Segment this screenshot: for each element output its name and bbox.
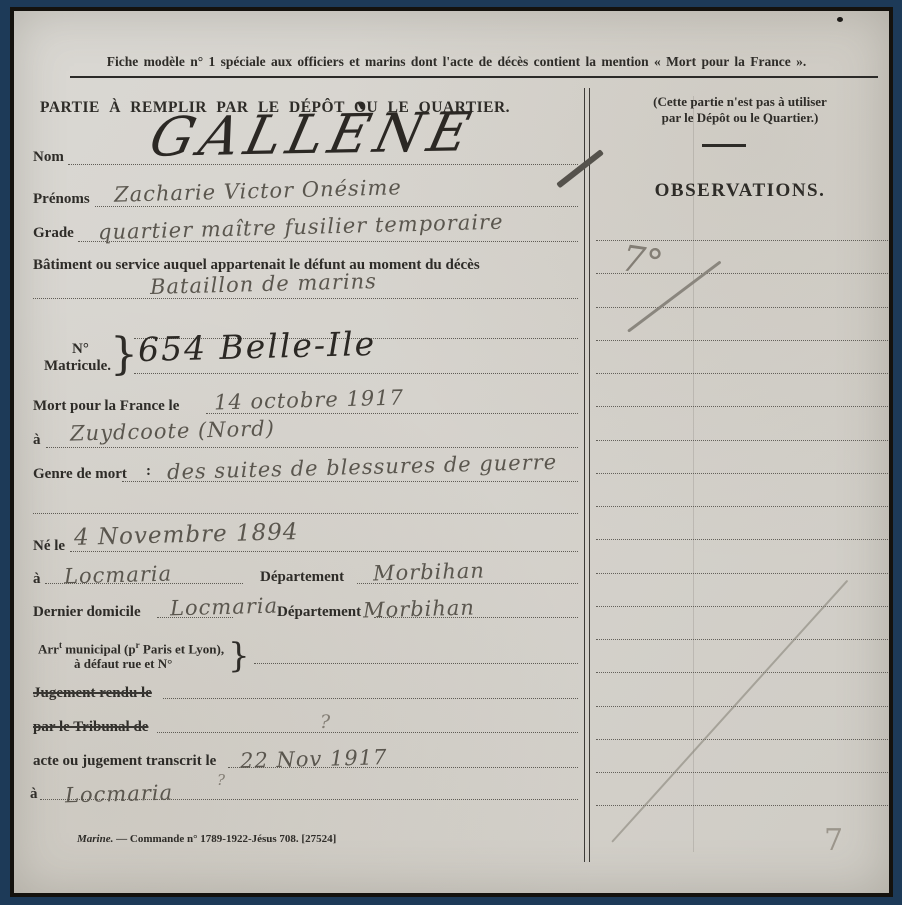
dotted-line: [596, 573, 888, 574]
mort-label: Mort pour la France le: [33, 398, 179, 415]
genre-mort-label: Genre de mort: [33, 466, 127, 483]
right-notice-rule: [702, 144, 746, 147]
domicile-dept-value: Morbihan: [363, 596, 476, 623]
transcrit-lieu-value: Locmaria: [65, 781, 174, 808]
dotted-line: [596, 373, 888, 374]
ne-le-label: Né le: [33, 538, 65, 555]
transcrit-label: acte ou jugement transcrit le: [33, 753, 216, 770]
right-notice-line1: (Cette partie n'est pas à utiliser: [592, 95, 888, 109]
dotted-line: [596, 772, 888, 773]
page-number-pencil: 7: [824, 823, 843, 858]
dotted-line: [254, 663, 578, 664]
dotted-line: [596, 739, 888, 740]
dotted-line: [596, 539, 888, 540]
dotted-line: [163, 698, 578, 699]
form-header-notice: Fiche modèle n° 1 spéciale aux officiers…: [34, 55, 879, 70]
imprint-name: Marine.: [77, 833, 113, 845]
dotted-line: [33, 298, 578, 299]
dotted-line: [134, 373, 578, 374]
ne-dept-label: Département: [260, 569, 344, 586]
domicile-value: Locmaria: [170, 594, 279, 621]
dotted-line: [596, 506, 888, 507]
dotted-line: [596, 672, 888, 673]
pencil-slash-long: [611, 580, 848, 843]
domicile-dept-label: Département: [277, 604, 361, 621]
batiment-label: Bâtiment ou service auquel appartenait l…: [33, 257, 480, 274]
dotted-line: [596, 307, 888, 308]
dotted-line: [596, 473, 888, 474]
dotted-line: [33, 513, 578, 514]
prenoms-label: Prénoms: [33, 191, 90, 208]
mort-lieu-value: Zuydcoote (Nord): [70, 416, 275, 445]
arr-brace: }: [228, 636, 250, 676]
column-divider: [584, 88, 590, 862]
genre-mort-colon: :: [146, 463, 151, 480]
right-notice-line2: par le Dépôt ou le Quartier.): [592, 111, 888, 125]
dotted-line: [46, 447, 578, 448]
dotted-line: [596, 440, 888, 441]
dotted-line: [70, 551, 578, 552]
matricule-label-line2: Matricule.: [44, 358, 111, 375]
grade-value: quartier maître fusilier temporaire: [98, 210, 504, 245]
nom-label: Nom: [33, 149, 64, 166]
record-card: Fiche modèle n° 1 spéciale aux officiers…: [10, 7, 893, 897]
dotted-line: [157, 732, 578, 733]
jugement-label: Jugement rendu le: [33, 685, 152, 702]
ne-lieu-label: à: [33, 571, 41, 588]
scanned-record-page: Fiche modèle n° 1 spéciale aux officiers…: [0, 0, 902, 905]
ne-dept-value: Morbihan: [373, 559, 486, 586]
dotted-line: [596, 639, 888, 640]
header-underline: [70, 76, 878, 78]
ne-le-value: 4 Novembre 1894: [74, 519, 299, 551]
dotted-line: [95, 206, 578, 207]
mort-lieu-label: à: [33, 432, 41, 449]
dotted-line: [596, 805, 888, 806]
arr-municipal-label-line2: à défaut rue et N°: [74, 657, 172, 671]
tribunal-label: par le Tribunal de: [33, 719, 148, 736]
matricule-label-line1: N°: [72, 341, 89, 358]
dotted-line: [596, 706, 888, 707]
domicile-label: Dernier domicile: [33, 604, 141, 621]
dotted-line: [596, 606, 888, 607]
transcrit-lieu-label: à: [30, 786, 38, 803]
dotted-line: [596, 340, 888, 341]
transcrit-value: 22 Nov 1917: [240, 745, 388, 773]
ne-lieu-value: Locmaria: [64, 562, 173, 589]
transcrit-pencil-mark: ?: [217, 771, 225, 789]
batiment-value: Bataillon de marins: [150, 269, 378, 299]
matricule-value: 654 Belle-Ile: [138, 324, 377, 369]
dotted-line: [596, 406, 888, 407]
imprint-rest: — Commande n° 1789-1922-Jésus 708. [2752…: [116, 833, 336, 845]
prenoms-value: Zacharie Victor Onésime: [114, 175, 402, 207]
printer-imprint: Marine. — Commande n° 1789-1922-Jésus 70…: [77, 833, 336, 845]
genre-mort-value: des suites de blessures de guerre: [167, 450, 558, 484]
tribunal-pencil-mark: ?: [320, 711, 330, 733]
mort-date-value: 14 octobre 1917: [214, 386, 404, 415]
ink-dot: [837, 17, 843, 22]
observations-title: OBSERVATIONS.: [592, 181, 888, 202]
pencil-annotation-top: 7°: [619, 238, 665, 284]
nom-value: GALLÈNE: [144, 100, 482, 169]
arr-municipal-label-line1: Arrt municipal (pr Paris et Lyon),: [38, 641, 224, 657]
grade-label: Grade: [33, 225, 74, 242]
